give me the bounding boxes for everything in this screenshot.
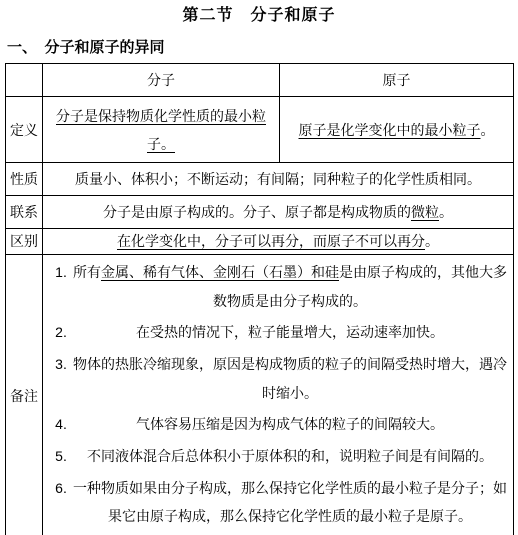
- notes-cell: 1.所有金属、稀有气体、金刚石（石墨）和硅是由原子构成的，其他大多数物质是由分子…: [43, 255, 514, 535]
- note-text: 物体的热胀冷缩现象，原因是构成物质的粒子的间隔受热时增大，遇冷时缩小。: [71, 350, 509, 407]
- definition-molecule-cell: 分子是保持物质化学性质的最小粒子。: [43, 97, 280, 163]
- row-label-notes: 备注: [6, 255, 43, 535]
- comparison-table: 分子 原子 定义 分子是保持物质化学性质的最小粒子。 原子是化学变化中的最小粒子…: [5, 63, 514, 535]
- connection-row: 联系 分子是由原子构成的。分子、原子都是构成物质的微粒。: [6, 196, 514, 229]
- note-item: 1.所有金属、稀有气体、金刚石（石墨）和硅是由原子构成的，其他大多数物质是由分子…: [47, 258, 509, 315]
- document-title: 第二节 分子和原子: [0, 6, 518, 26]
- underlined-text: 金属、稀有气体、金刚石（石墨）和硅: [101, 264, 339, 280]
- note-number: 1.: [47, 258, 71, 315]
- plain-text: 。: [481, 122, 495, 138]
- properties-row: 性质 质量小、体积小；不断运动；有间隔；同种粒子的化学性质相同。: [6, 163, 514, 196]
- note-number: 3.: [47, 350, 71, 407]
- note-number: 4.: [47, 410, 71, 439]
- plain-text: 气体容易压缩是因为构成气体的粒子的间隔较大。: [136, 416, 444, 432]
- underlined-text: 在化学变化中，分子可以再分，而原子不可以再分: [117, 233, 425, 249]
- row-label-properties: 性质: [6, 163, 43, 196]
- plain-text: 质量小、体积小；不断运动；有间隔；同种粒子的化学性质相同。: [75, 171, 481, 187]
- row-label-connection: 联系: [6, 196, 43, 229]
- note-number: 6.: [47, 474, 71, 531]
- plain-text: 不同液体混合后总体积小于原体积的和，说明粒子间是有间隔的。: [87, 448, 493, 464]
- plain-text: 。: [425, 233, 439, 249]
- section-heading: 一、 分子和原子的异同: [7, 39, 518, 57]
- connection-cell: 分子是由原子构成的。分子、原子都是构成物质的微粒。: [43, 196, 514, 229]
- note-item: 5.不同液体混合后总体积小于原体积的和，说明粒子间是有间隔的。: [47, 442, 509, 471]
- plain-text: 在受热的情况下，粒子能量增大，运动速率加快。: [136, 324, 444, 340]
- properties-cell: 质量小、体积小；不断运动；有间隔；同种粒子的化学性质相同。: [43, 163, 514, 196]
- note-number: 2.: [47, 318, 71, 347]
- note-text: 气体容易压缩是因为构成气体的粒子的间隔较大。: [71, 410, 509, 439]
- corner-cell: [6, 64, 43, 97]
- note-number: 5.: [47, 442, 71, 471]
- document-page: 第二节 分子和原子 一、 分子和原子的异同 分子 原子 定义 分子是保持物质化学…: [0, 0, 518, 535]
- note-item: 2.在受热的情况下，粒子能量增大，运动速率加快。: [47, 318, 509, 347]
- difference-row: 区别 在化学变化中，分子可以再分，而原子不可以再分。: [6, 229, 514, 255]
- underlined-text: 原子是化学变化中的最小粒子: [299, 122, 481, 138]
- plain-text: 一种物质如果由分子构成，那么保持它化学性质的最小粒子是分子；如果它由原子构成，那…: [73, 480, 507, 525]
- note-text: 一种物质如果由分子构成，那么保持它化学性质的最小粒子是分子；如果它由原子构成，那…: [71, 474, 509, 531]
- definition-atom-cell: 原子是化学变化中的最小粒子。: [280, 97, 514, 163]
- underlined-text: 微粒: [411, 204, 439, 220]
- row-label-difference: 区别: [6, 229, 43, 255]
- note-text: 所有金属、稀有气体、金刚石（石墨）和硅是由原子构成的，其他大多数物质是由分子构成…: [71, 258, 509, 315]
- row-label-definition: 定义: [6, 97, 43, 163]
- note-item: 3.物体的热胀冷缩现象，原因是构成物质的粒子的间隔受热时增大，遇冷时缩小。: [47, 350, 509, 407]
- note-text: 不同液体混合后总体积小于原体积的和，说明粒子间是有间隔的。: [71, 442, 509, 471]
- column-header-molecule: 分子: [43, 64, 280, 97]
- notes-row: 备注 1.所有金属、稀有气体、金刚石（石墨）和硅是由原子构成的，其他大多数物质是…: [6, 255, 514, 535]
- note-item: 4.气体容易压缩是因为构成气体的粒子的间隔较大。: [47, 410, 509, 439]
- underlined-text: 分子是保持物质化学性质的最小粒子。: [56, 108, 266, 152]
- plain-text: 物体的热胀冷缩现象，原因是构成物质的粒子的间隔受热时增大，遇冷时缩小。: [73, 356, 507, 401]
- note-text: 在受热的情况下，粒子能量增大，运动速率加快。: [71, 318, 509, 347]
- plain-text: 。: [439, 204, 453, 220]
- note-item: 6.一种物质如果由分子构成，那么保持它化学性质的最小粒子是分子；如果它由原子构成…: [47, 474, 509, 531]
- plain-text: 分子是由原子构成的。分子、原子都是构成物质的: [103, 204, 411, 220]
- definition-row: 定义 分子是保持物质化学性质的最小粒子。 原子是化学变化中的最小粒子。: [6, 97, 514, 163]
- plain-text: 所有: [73, 264, 101, 280]
- difference-cell: 在化学变化中，分子可以再分，而原子不可以再分。: [43, 229, 514, 255]
- column-header-atom: 原子: [280, 64, 514, 97]
- table-header-row: 分子 原子: [6, 64, 514, 97]
